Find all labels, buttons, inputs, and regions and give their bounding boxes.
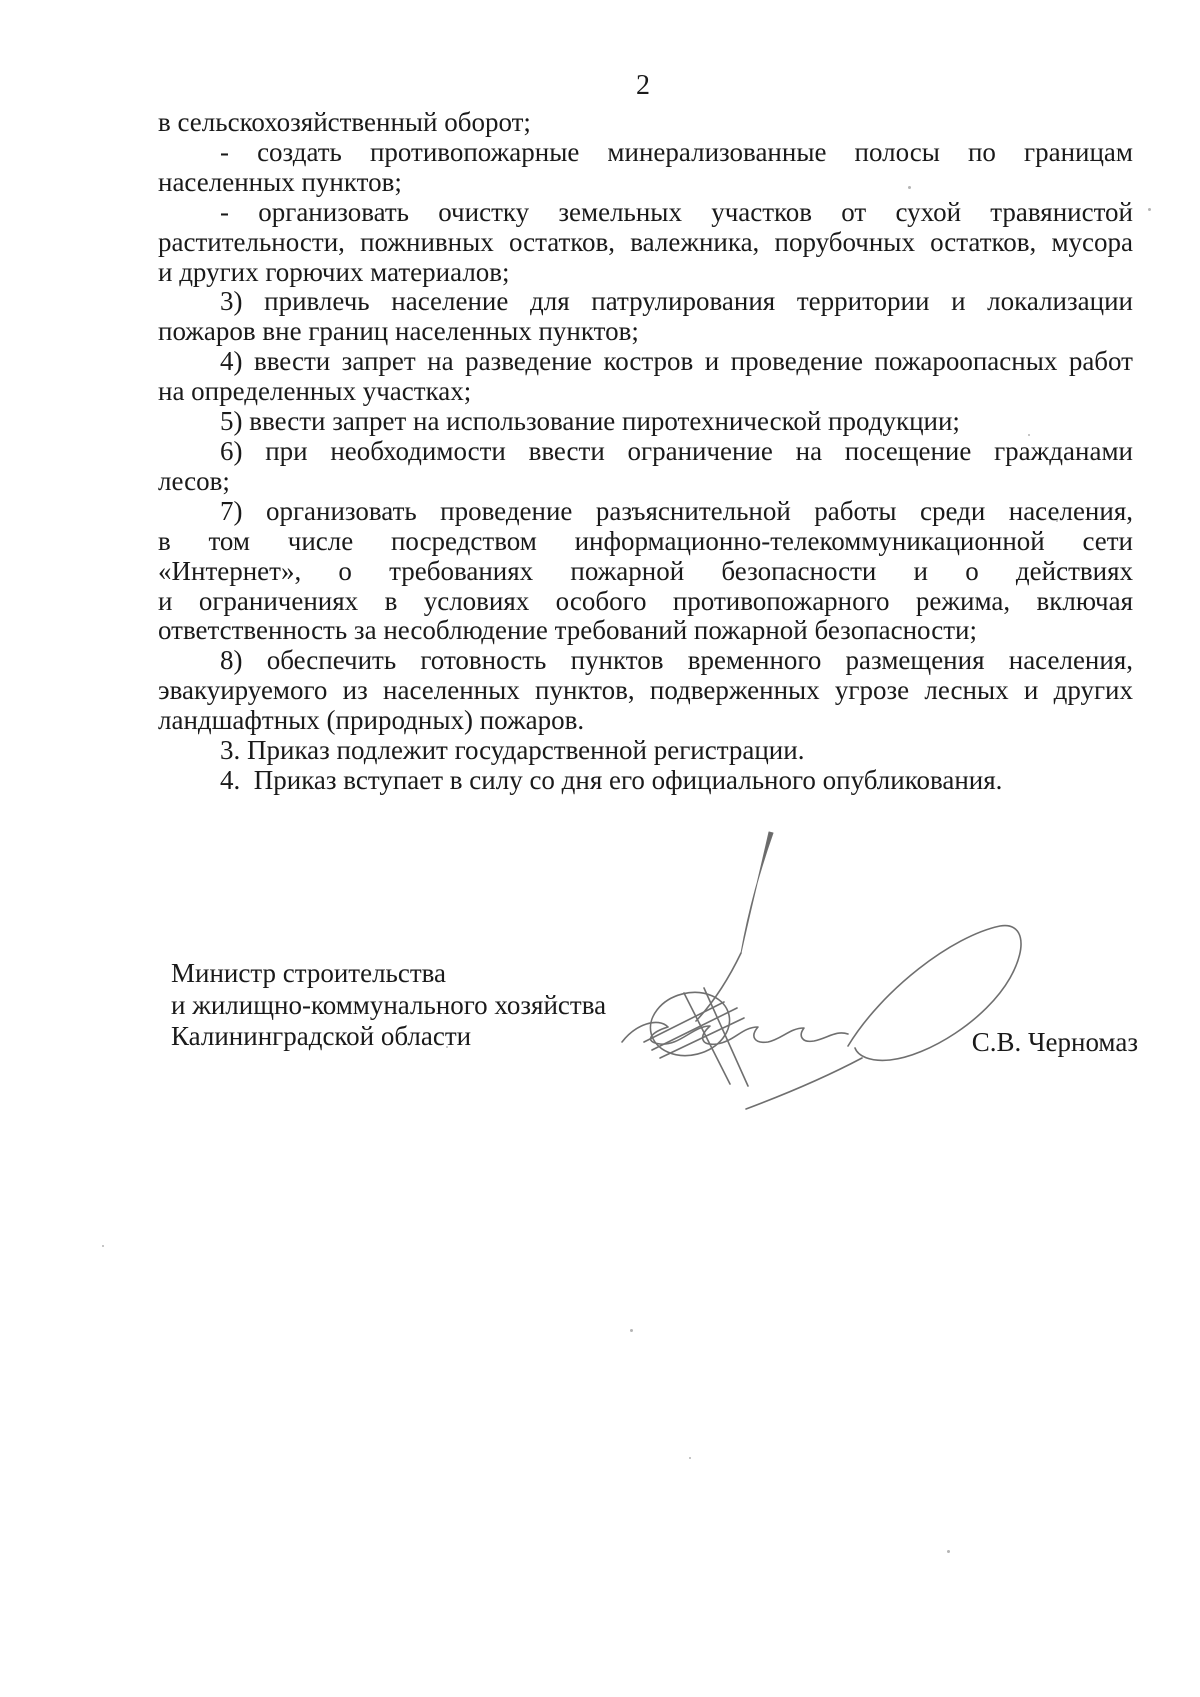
body-line: 4. Приказ вступает в силу со дня его офи… (158, 766, 1133, 796)
body-line: 4) ввести запрет на разведение костров и… (158, 347, 1133, 377)
body-line: 3) привлечь население для патрулирования… (158, 287, 1133, 317)
signature-role-block: Министр строительстваи жилищно-коммуналь… (171, 958, 606, 1053)
body-line: 3. Приказ подлежит государственной регис… (158, 736, 1133, 766)
body-line: населенных пунктов; (158, 168, 1133, 198)
body-line: лесов; (158, 467, 1133, 497)
body-line: ландшафтных (природных) пожаров. (158, 706, 1133, 736)
body-line: в сельскохозяйственный оборот; (158, 108, 1133, 138)
body-line: и других горючих материалов; (158, 258, 1133, 288)
signature-role-line: и жилищно-коммунального хозяйства (171, 990, 606, 1022)
body-line: растительности, пожнивных остатков, вале… (158, 228, 1133, 258)
signature-role-line: Министр строительства (171, 958, 606, 990)
document-body: в сельскохозяйственный оборот;- создать … (158, 108, 1133, 796)
body-line: на определенных участках; (158, 377, 1133, 407)
signature-role-line: Калининградской области (171, 1021, 606, 1053)
body-line: 5) ввести запрет на использование пироте… (158, 407, 1133, 437)
body-line: - организовать очистку земельных участко… (158, 198, 1133, 228)
body-line: 7) организовать проведение разъяснительн… (158, 497, 1133, 527)
document-page: 2 в сельскохозяйственный оборот;- создат… (0, 0, 1200, 1697)
body-line: эвакуируемого из населенных пунктов, под… (158, 676, 1133, 706)
body-line: в том числе посредством информационно-те… (158, 527, 1133, 557)
body-line: 6) при необходимости ввести ограничение … (158, 437, 1133, 467)
body-line: ответственность за несоблюдение требован… (158, 616, 1133, 646)
signer-name: С.В. Черномаз (972, 1027, 1138, 1058)
page-number: 2 (636, 70, 651, 102)
body-line: и ограничениях в условиях особого против… (158, 587, 1133, 617)
body-line: - создать противопожарные минерализованн… (158, 138, 1133, 168)
body-line: 8) обеспечить готовность пунктов временн… (158, 646, 1133, 676)
handwritten-signature-icon (552, 818, 1052, 1118)
body-line: пожаров вне границ населенных пунктов; (158, 317, 1133, 347)
body-line: «Интернет», о требованиях пожарной безоп… (158, 557, 1133, 587)
